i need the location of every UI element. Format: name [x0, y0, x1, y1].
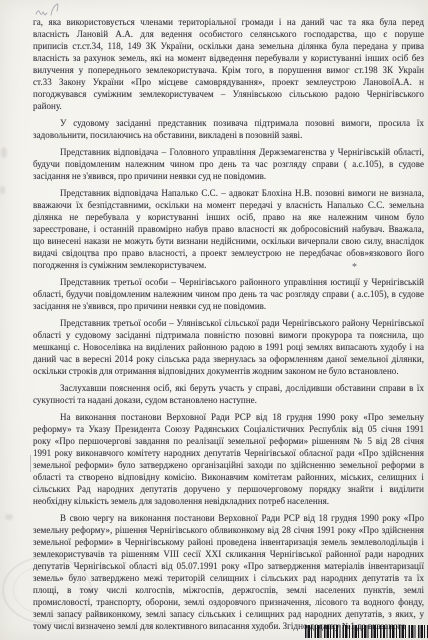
- text-line: задовольнити, посилаючись на обставини, …: [33, 129, 424, 141]
- text-line: приписів ст.ст.34, 118, 149 ЗК України, …: [33, 40, 424, 52]
- text-line: земель» було затверджено межі територій …: [33, 572, 424, 584]
- paragraph: Представник третьої особи – Улянівської …: [33, 317, 424, 377]
- text-line: ділянка не перебувала у користуванні інш…: [33, 211, 424, 223]
- scan-smudge: [0, 186, 5, 194]
- text-line: зареєстроване, і останній правомірно наб…: [33, 223, 424, 235]
- text-line: реформу» та Указу Президента Союзу Радян…: [33, 423, 424, 435]
- text-line: погодження із суміжним землекористувачем…: [33, 259, 424, 271]
- text-line: області, будучи повідомленим належним чи…: [33, 288, 424, 300]
- text-line: що винесені накази не можуть бути визнан…: [33, 235, 424, 247]
- text-line: району.: [33, 100, 424, 112]
- text-line: вилучення у попереднього землекористувач…: [33, 64, 424, 76]
- paragraph: Заслухавши пояснення осіб, які беруть уч…: [33, 382, 424, 406]
- text-line: оскільки строків для отримання відповідн…: [33, 365, 424, 377]
- text-line: сукупності та надані докази, судом встан…: [33, 394, 424, 406]
- text-line: Представник третьої особи – Чернігівсько…: [33, 276, 424, 288]
- text-line: мешканці с. Новоселівка на виділених рай…: [33, 341, 424, 353]
- text-line: Представник відповідача Напалько С.С. – …: [33, 187, 424, 199]
- paragraph: На виконання постанови Верховної Ради РС…: [33, 411, 424, 507]
- text-line: області у судовому засіданні підтримала …: [33, 329, 424, 341]
- paragraph: Представник відповідача Напалько С.С. – …: [33, 187, 424, 271]
- text-line: ст.33 Закону України «Про місцеве самовр…: [33, 76, 424, 88]
- paragraph: У судовому засіданні представник позивач…: [33, 117, 424, 141]
- text-line: будучи повідомленим належним чином про д…: [33, 158, 424, 170]
- text-line: вважаючи їх безпідставними, оскільки на …: [33, 199, 424, 211]
- text-line: року «Про першочергові завдання по реалі…: [33, 435, 424, 447]
- scan-line-artifact: [30, 455, 31, 472]
- barcode: [305, 625, 428, 638]
- text-line: видачі свідоцтва про право власності, а …: [33, 247, 424, 259]
- text-line: земельної реформи» в Чернігівському райо…: [33, 536, 424, 548]
- scan-smudge: [5, 514, 13, 520]
- paragraph: В свою чергу на виконання постанови Верх…: [33, 512, 424, 632]
- text-line: області та створено відповідну комісію. …: [33, 471, 424, 483]
- text-line: га, яка використовується членами територ…: [33, 16, 424, 28]
- text-line: На виконання постанови Верховної Ради РС…: [33, 411, 424, 423]
- text-line: даний час в вересні 2014 року сільська р…: [33, 353, 424, 365]
- paragraph: Представник третьої особи – Чернігівсько…: [33, 276, 424, 312]
- text-line: У судовому засіданні представник позивач…: [33, 117, 424, 129]
- document-page: га, яка використовується членами територ…: [0, 0, 428, 640]
- text-line: погоджувався суміжним землекористувачем …: [33, 88, 424, 100]
- scan-smudge: [1, 147, 7, 158]
- text-line: землі запасу райвиконкому, землі запасу …: [33, 608, 424, 620]
- ink-dot: *: [352, 262, 357, 273]
- text-line: власність Лановій А.А. для ведення особи…: [33, 28, 424, 40]
- text-line: В свою чергу на виконання постанови Верх…: [33, 512, 424, 524]
- document-body: га, яка використовується членами територ…: [33, 16, 424, 632]
- text-line: земельну реформу», рішення Чернігівськог…: [33, 524, 424, 536]
- text-line: Представник третьої особи – Улянівської …: [33, 317, 424, 329]
- text-line: земельної реформи» було затверджено орга…: [33, 459, 424, 471]
- paragraph: га, яка використовується членами територ…: [33, 16, 424, 112]
- faint-stamp: [2, 556, 92, 624]
- text-line: 1991 року виконавчого комітету народних …: [33, 447, 424, 459]
- text-line: землекористувачів та рішенням VIII сесії…: [33, 548, 424, 560]
- text-line: сільських Рад народних депутатів доручен…: [33, 483, 424, 495]
- text-line: депутатів Чернігівської області від 05.0…: [33, 560, 424, 572]
- text-line: власність за рахунок земель, які на моме…: [33, 52, 424, 64]
- text-line: засідання не з'явився, про причини неявк…: [33, 170, 424, 182]
- text-line: промисловості, транспорту, оборони, земл…: [33, 596, 424, 608]
- text-line: засідання не з'явився, про причини неявк…: [33, 300, 424, 312]
- paragraph: Представник відповідача – Головного упра…: [33, 146, 424, 182]
- text-line: Заслухавши пояснення осіб, які беруть уч…: [33, 382, 424, 394]
- text-line: необхідну кількість земель для задоволен…: [33, 495, 424, 507]
- text-line: Представник відповідача – Головного упра…: [33, 146, 424, 158]
